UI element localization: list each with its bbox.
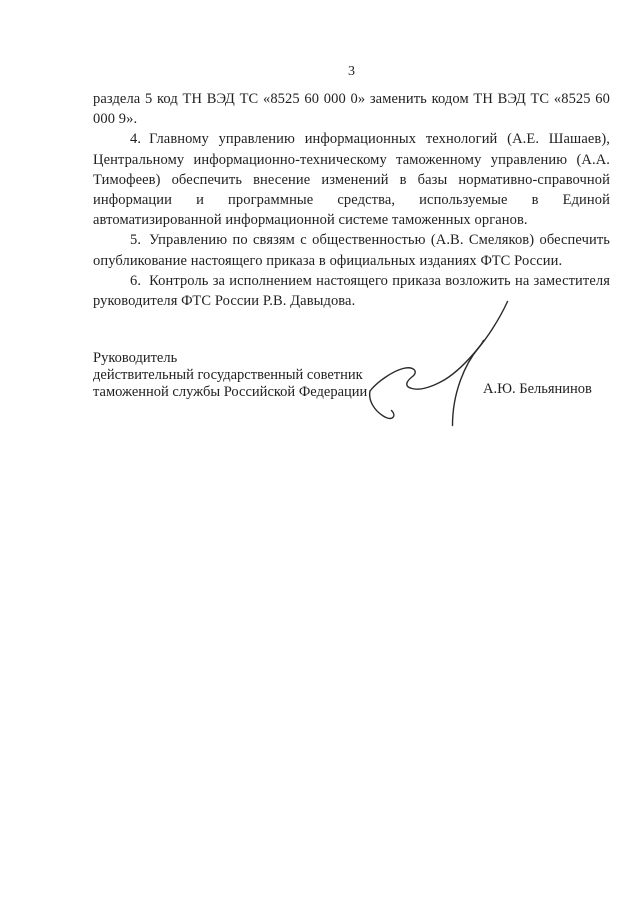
- signatory-title-block: Руководитель действительный государствен…: [93, 350, 423, 402]
- paragraph-continuation: раздела 5 код ТН ВЭД ТС «8525 60 000 0» …: [93, 89, 610, 129]
- paragraph-text: раздела 5 код ТН ВЭД ТС «8525 60 000 0» …: [93, 91, 610, 127]
- paragraph-number: 5.: [130, 232, 141, 248]
- document-body: раздела 5 код ТН ВЭД ТС «8525 60 000 0» …: [93, 89, 610, 311]
- page-number: 3: [93, 64, 610, 80]
- paragraph-text: Главному управлению информационных техно…: [93, 131, 610, 228]
- signature-main-stroke: [453, 302, 508, 426]
- document-page: 3 раздела 5 код ТН ВЭД ТС «8525 60 000 0…: [0, 0, 640, 900]
- signatory-title-line: Руководитель: [93, 350, 423, 367]
- signatory-title-line: таможенной службы Российской Федерации: [93, 384, 423, 401]
- paragraph-number: 6.: [130, 273, 141, 289]
- paragraph-6: 6.Контроль за исполнением настоящего при…: [93, 271, 610, 311]
- paragraph-5: 5.Управлению по связям с общественностью…: [93, 230, 610, 270]
- paragraph-4: 4.Главному управлению информационных тех…: [93, 129, 610, 230]
- paragraph-number: 4.: [130, 131, 141, 147]
- signatory-name: А.Ю. Бельянинов: [483, 381, 592, 398]
- paragraph-text: Контроль за исполнением настоящего прика…: [93, 273, 610, 309]
- signatory-title-line: действительный государственный советник: [93, 367, 423, 384]
- paragraph-text: Управлению по связям с общественностью (…: [93, 232, 610, 268]
